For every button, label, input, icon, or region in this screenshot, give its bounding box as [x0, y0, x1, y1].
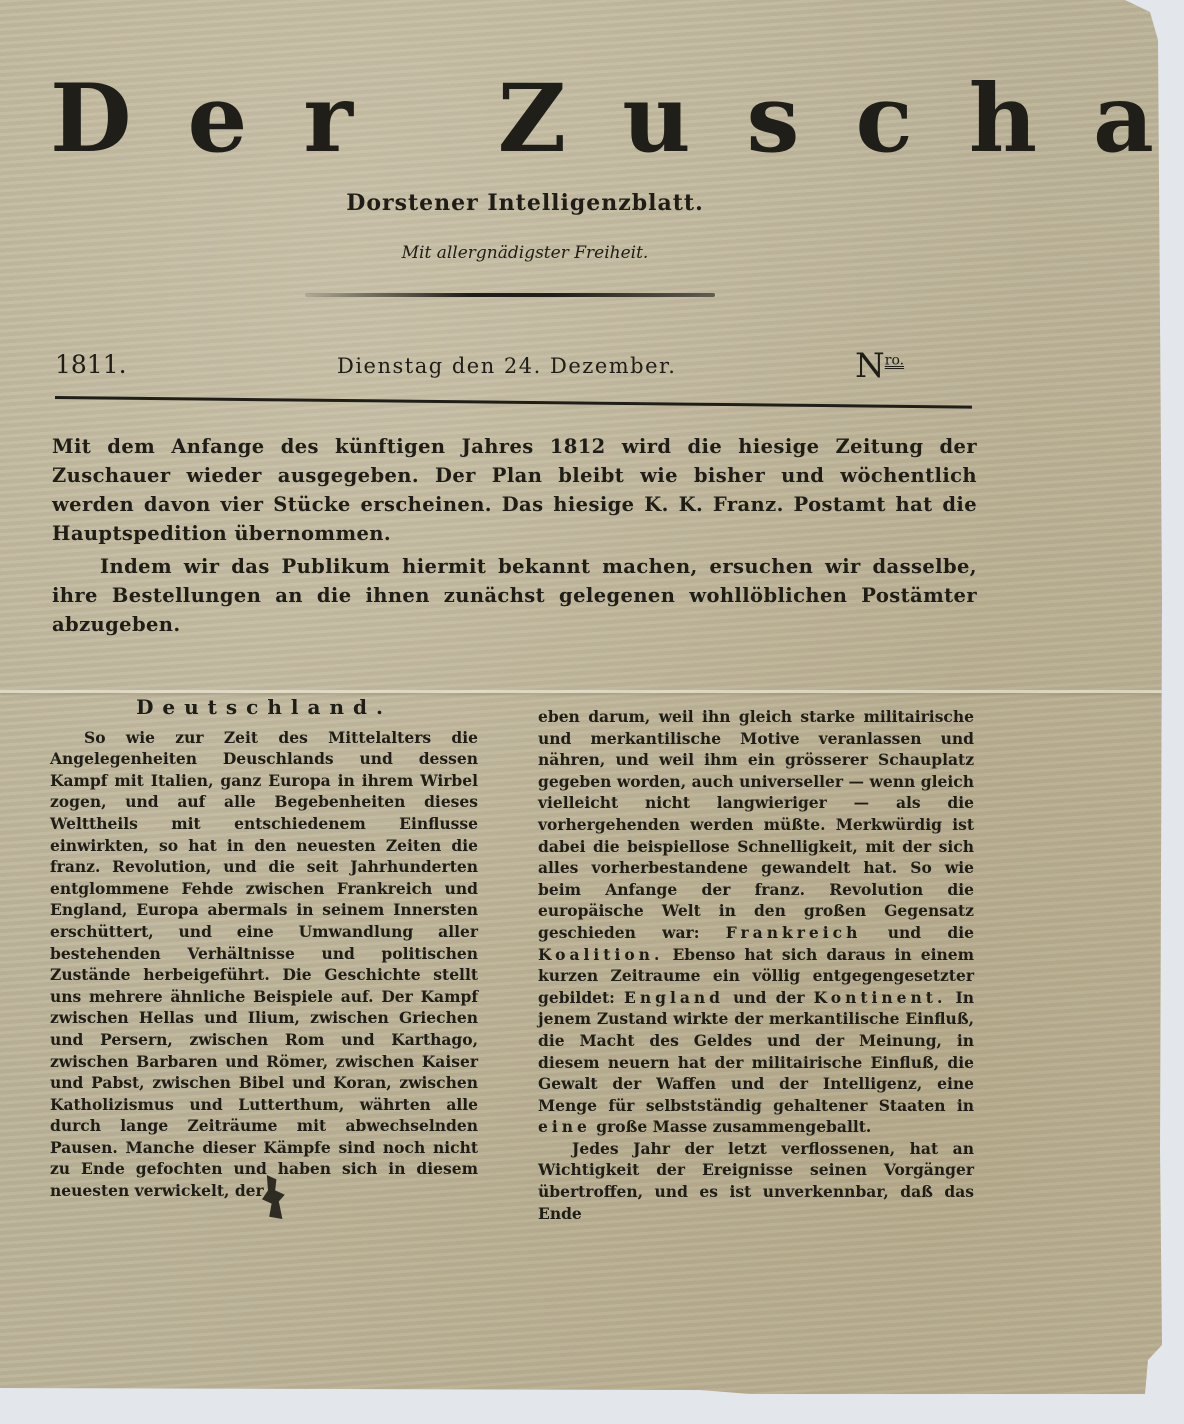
text-run: eben darum, weil ihn gleich starke milit… [538, 707, 974, 942]
issue-year: 1811. [55, 350, 127, 379]
article-column-right: eben darum, weil ihn gleich starke milit… [538, 706, 974, 1224]
emphasis-frankreich: Frankreich [726, 923, 862, 942]
paper-fold-crease [0, 690, 1162, 693]
emphasis-koalition: Koalition. [538, 945, 663, 964]
text-run: und die [888, 923, 974, 942]
emphasis-england: England [624, 988, 724, 1007]
emphasis-kontinent: Kontinent. [814, 988, 947, 1007]
article-column-left: Deutschland. So wie zur Zeit des Mittela… [50, 697, 478, 1202]
article-paragraph: So wie zur Zeit des Mittelalters die Ang… [50, 727, 478, 1202]
text-run: große Masse zusammengeballt. [596, 1117, 871, 1136]
section-title: Deutschland. [50, 697, 478, 719]
privilege-line: Mit allergnädigster Freiheit. [0, 243, 1050, 263]
issue-number: Nro. [855, 346, 904, 386]
header-rule [55, 396, 972, 409]
issue-number-sup: ro. [885, 353, 904, 369]
text-run: und der [733, 988, 804, 1007]
masthead-title: Der Zuschauer. [50, 72, 990, 166]
emphasis-eine: eine [538, 1117, 591, 1136]
notice-paragraph: Mit dem Anfange des künftigen Jahres 181… [52, 432, 977, 548]
notice-paragraph: Indem wir das Publikum hiermit bekannt m… [52, 552, 977, 639]
masthead-subtitle: Dorstener Intelligenzblatt. [0, 190, 1050, 216]
newspaper-page: Der Zuschauer. Dorstener Intelligenzblat… [0, 0, 1162, 1394]
dateline: 1811. Dienstag den 24. Dezember. Nro. [55, 350, 925, 386]
issue-date: Dienstag den 24. Dezember. [337, 354, 676, 378]
subscription-notice: Mit dem Anfange des künftigen Jahres 181… [52, 432, 977, 639]
issue-number-label: N [855, 346, 885, 386]
article-paragraph: Jedes Jahr der letzt verflossenen, hat a… [538, 1138, 974, 1224]
ornamental-rule [305, 293, 715, 297]
article-paragraph: eben darum, weil ihn gleich starke milit… [538, 706, 974, 1138]
